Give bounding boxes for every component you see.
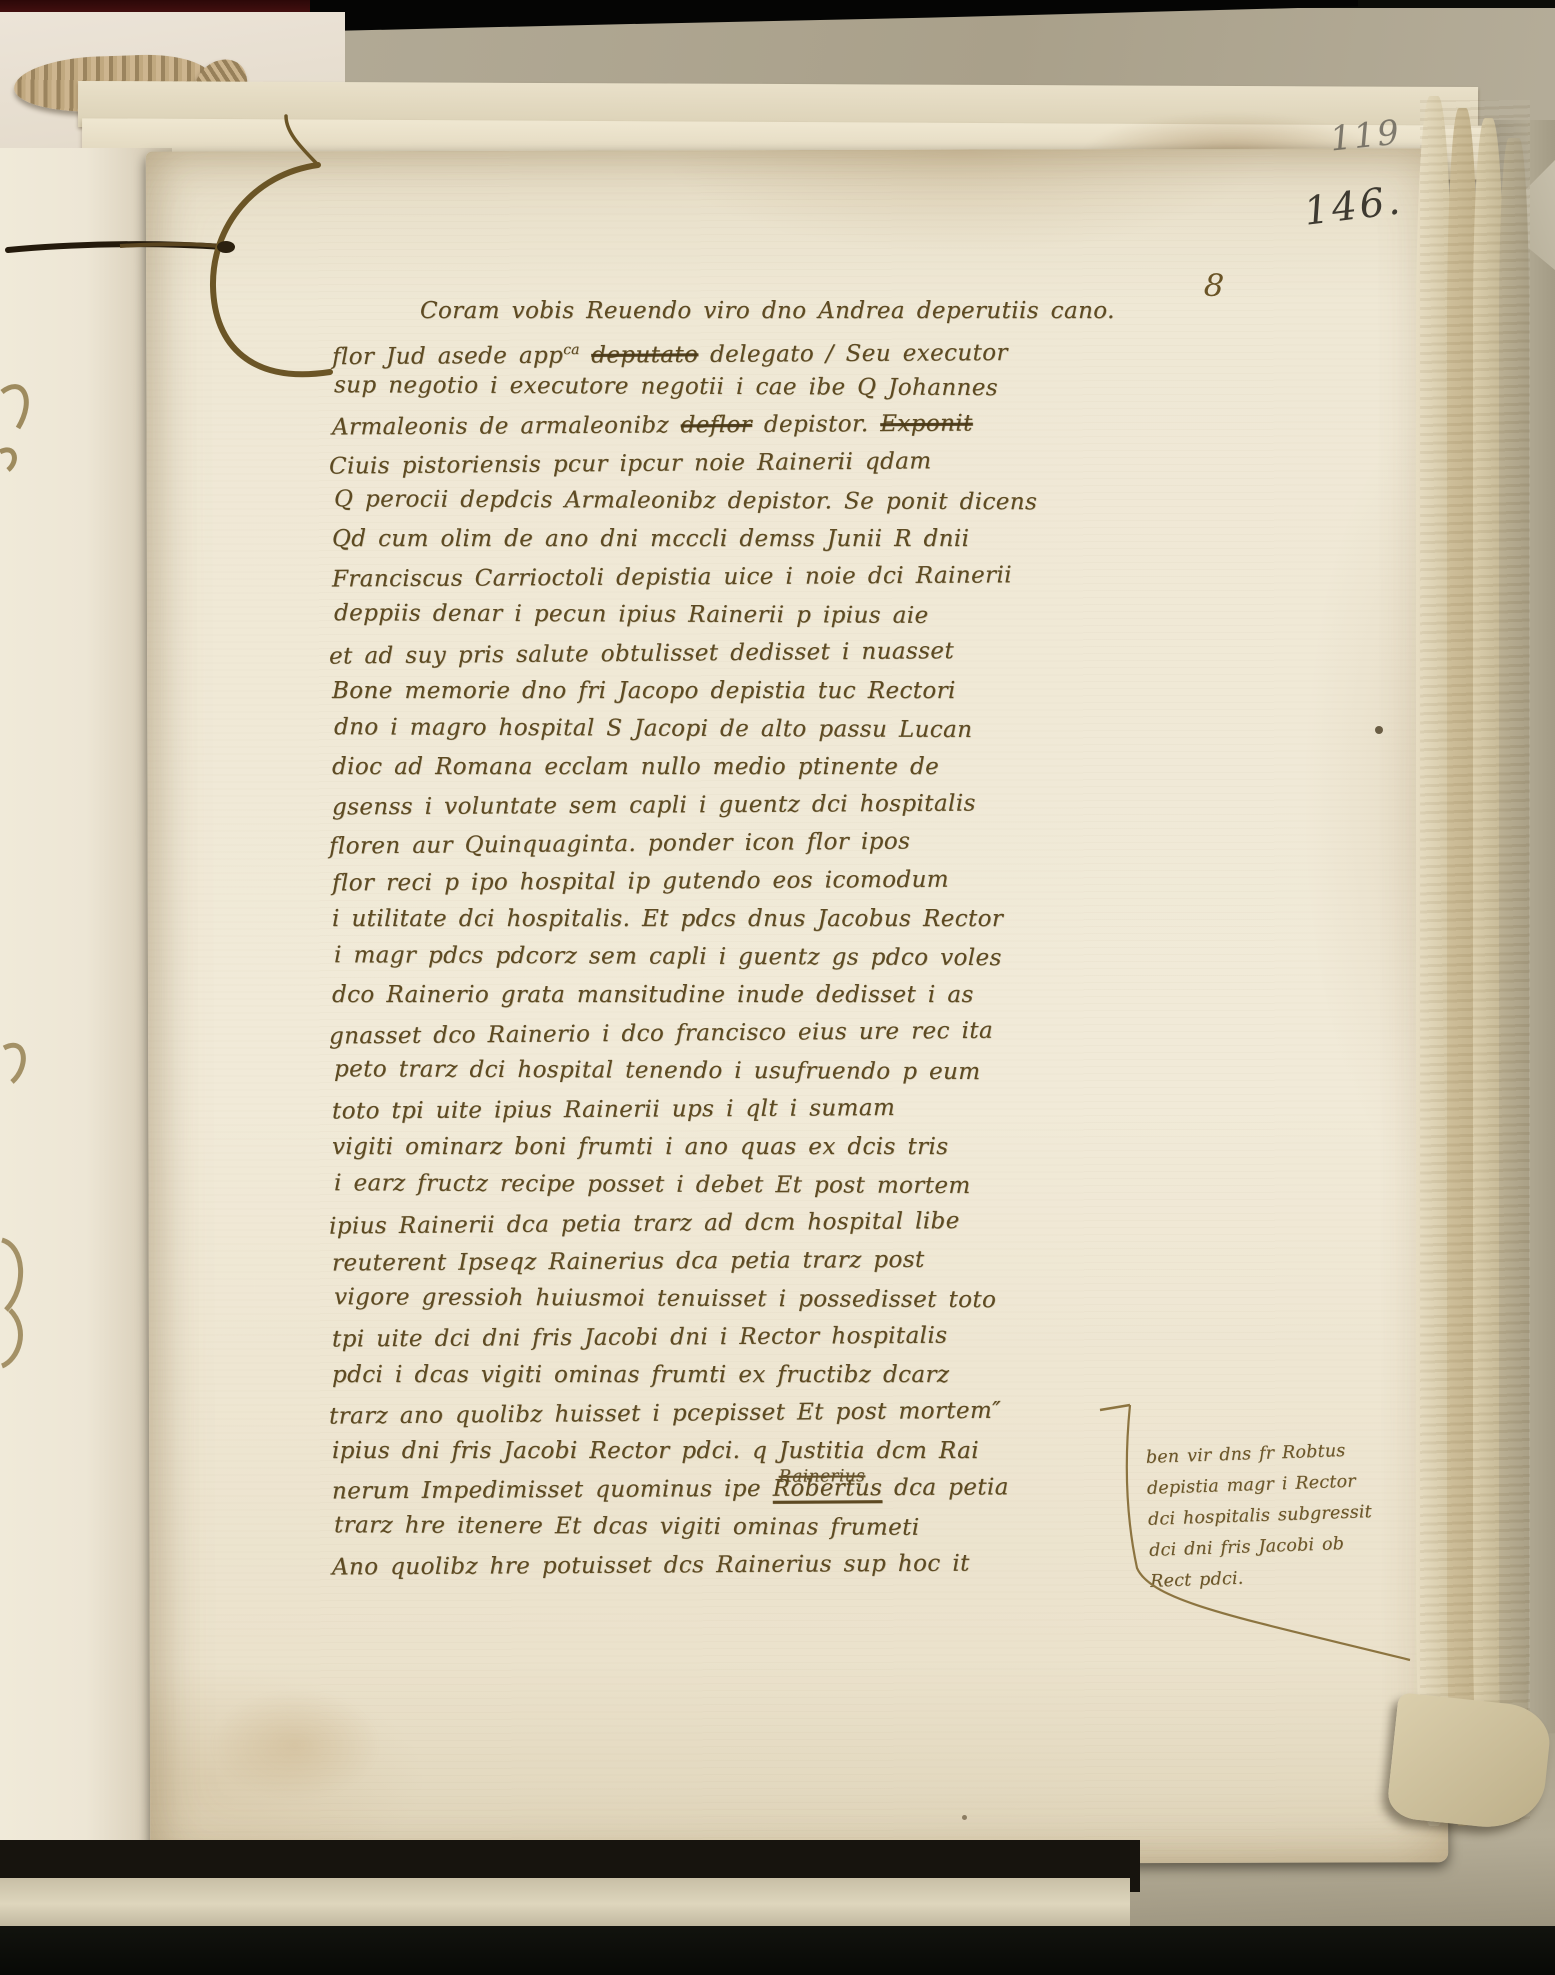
manuscript-line-6: Q perocii depdcis Armaleonibz depistor. …	[334, 480, 1146, 522]
manuscript-line-14: gsenss i voluntate sem capli i guentz dc…	[332, 784, 1144, 827]
manuscript-line-29: pdci i dcas vigiti ominas frumti ex fruc…	[332, 1356, 1144, 1394]
manuscript-line-5: Ciuis pistoriensis pcur ipcur noie Raine…	[329, 440, 1141, 485]
manuscript-line-17: i utilitate dci hospitalis. Et pdcs dnus…	[332, 900, 1144, 938]
manuscript-line-26: reuterent Ipseqz Rainerius dca petia tra…	[332, 1240, 1144, 1283]
manuscript-line-7: Qd cum olim de ano dni mcccli demss Juni…	[332, 520, 1144, 558]
manuscript-line-11: Bone memorie dno fri Jacopo depistia tuc…	[332, 672, 1144, 710]
manuscript-line-32: nerum Impedimisset quominus ipe Robertus…	[332, 1468, 1144, 1511]
manuscript-line-24: i earz fructz recipe posset i debet Et p…	[334, 1164, 1146, 1206]
manuscript-line-4: Armaleonis de armaleonibz deflor depisto…	[332, 404, 1144, 447]
page-stack-texture	[1420, 100, 1530, 1820]
ink-speck	[962, 1815, 967, 1820]
manuscript-line-22: toto tpi uite ipius Rainerii ups i qlt i…	[332, 1088, 1144, 1131]
manuscript-photograph: 119 146. 8 Coram vobis Reuendo viro dno …	[0, 0, 1555, 1975]
manuscript-line-23: vigiti ominarz boni frumti i ano quas ex…	[332, 1128, 1144, 1166]
page-stack-corner-fan	[1386, 1692, 1553, 1833]
manuscript-line-16: flor reci p ipo hospital ip gutendo eos …	[332, 860, 1144, 903]
manuscript-line-20: gnasset dco Rainerio i dco francisco eiu…	[329, 1010, 1141, 1055]
margin-note: ben vir dns fr Robtusdepistia magr i Rec…	[1145, 1433, 1430, 1598]
manuscript-line-34: Ano quolibz hre potuisset dcs Rainerius …	[332, 1544, 1144, 1587]
manuscript-line-18: i magr pdcs pdcorz sem capli i guentz gs…	[334, 936, 1146, 978]
manuscript-line-28: tpi uite dci dni fris Jacobi dni i Recto…	[332, 1316, 1144, 1359]
manuscript-line-10: et ad suy pris salute obtulisset dedisse…	[329, 630, 1141, 675]
manuscript-text-block: Coram vobis Reuendo viro dno Andrea depe…	[332, 292, 1144, 1584]
foxing-stain	[210, 1690, 380, 1800]
quire-mark: 8	[1203, 267, 1225, 304]
manuscript-line-30: trarz ano quolibz huisset i pcepisset Et…	[329, 1390, 1141, 1435]
manuscript-line-31: ipius dni fris Jacobi Rector pdci. q Jus…	[332, 1432, 1144, 1470]
manuscript-line-13: dioc ad Romana ecclam nullo medio ptinen…	[332, 748, 1144, 786]
manuscript-line-15: floren aur Quinquaginta. ponder icon flo…	[329, 820, 1141, 865]
manuscript-line-8: Franciscus Carrioctoli depistia uice i n…	[332, 556, 1144, 599]
manuscript-line-33: trarz hre itenere Et dcas vigiti ominas …	[334, 1506, 1146, 1548]
manuscript-line-27: vigore gressioh huiusmoi tenuisset i pos…	[334, 1278, 1146, 1320]
interlinear-correction: Rainerius	[779, 1457, 866, 1496]
manuscript-line-9: deppiis denar i pecun ipius Rainerii p i…	[334, 594, 1146, 636]
manuscript-line-21: peto trarz dci hospital tenendo i usufru…	[334, 1050, 1146, 1092]
manuscript-line-1: Coram vobis Reuendo viro dno Andrea depe…	[332, 292, 1144, 330]
manuscript-line-12: dno i magro hospital S Jacopi de alto pa…	[334, 708, 1146, 750]
ink-speck	[1375, 726, 1383, 734]
folio-number-under-leaf: 119	[1328, 112, 1403, 159]
manuscript-line-2: flor Jud asede appca deputato delegato /…	[332, 328, 1144, 371]
manuscript-line-25: ipius Rainerii dca petia trarz ad dcm ho…	[329, 1200, 1141, 1245]
background-shadow-bottom	[0, 1926, 1555, 1975]
manuscript-line-3: sup negotio i executore negotii i cae ib…	[334, 366, 1146, 408]
manuscript-line-19: dco Rainerio grata mansitudine inude ded…	[332, 976, 1144, 1014]
